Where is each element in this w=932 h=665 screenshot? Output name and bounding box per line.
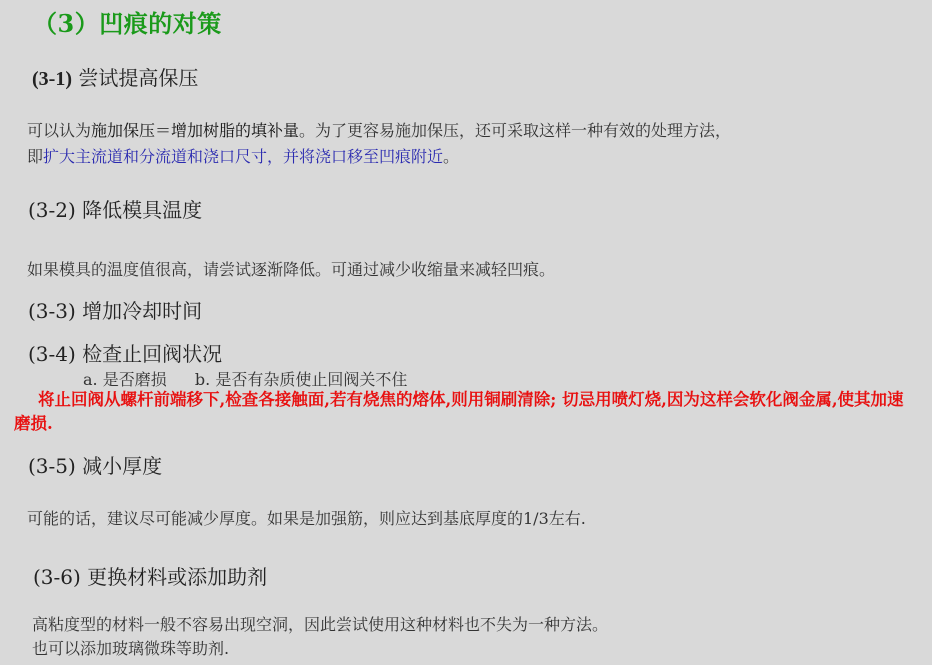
section-number: (3-2) xyxy=(28,198,76,222)
section-title: 更换材料或添加助剂 xyxy=(87,565,267,589)
section-3-1-body-line1: 可以认为施加保压＝增加树脂的填补量。为了更容易施加保压，还可采取这样一种有效的处… xyxy=(27,118,731,141)
section-3-2-heading: (3-2) 降低模具温度 xyxy=(28,194,202,223)
blue-emphasis-text: 扩大主流道和分流道和浇口尺寸，并将浇口移至凹痕附近 xyxy=(43,147,443,166)
section-3-4-warning: 将止回阀从螺杆前端移下,检查各接触面,若有烧焦的熔体,则用铜刷清除; 切忌用喷灯… xyxy=(14,388,914,436)
section-number: (3-1) xyxy=(32,68,72,90)
section-number: (3-6) xyxy=(33,565,81,589)
subitem-b: b. 是否有杂质使止回阀关不住 xyxy=(195,370,407,389)
section-title: 增加冷却时间 xyxy=(82,299,202,323)
section-3-4-subitems: a. 是否磨损 b. 是否有杂质使止回阀关不住 xyxy=(83,367,407,390)
emphasis-text: 施加保压＝增加树脂的填补量 xyxy=(91,121,299,140)
section-3-2-body: 如果模具的温度值很高，请尝试逐渐降低。可通过减少收缩量来减轻凹痕。 xyxy=(27,257,555,280)
section-3-5-heading: (3-5) 减小厚度 xyxy=(28,450,162,479)
section-3-1-body-line2: 即扩大主流道和分流道和浇口尺寸，并将浇口移至凹痕附近。 xyxy=(27,144,459,167)
section-title: 减小厚度 xyxy=(82,454,162,478)
section-title: 尝试提高保压 xyxy=(78,66,198,90)
section-3-4-heading: (3-4) 检查止回阀状况 xyxy=(28,338,222,367)
subitem-a: a. 是否磨损 xyxy=(83,370,167,389)
section-title: 降低模具温度 xyxy=(82,198,202,222)
section-3-6-body-line1: 高粘度型的材料一般不容易出现空洞，因此尝试使用这种材料也不失为一种方法。 xyxy=(32,612,608,635)
section-3-3-heading: (3-3) 增加冷却时间 xyxy=(28,295,202,324)
text: 即 xyxy=(27,147,43,166)
section-number: (3-3) xyxy=(28,299,76,323)
text: 。为了更容易施加保压，还可采取这样一种有效的处理方法， xyxy=(299,121,731,140)
text: 可以认为 xyxy=(27,121,91,140)
section-3-6-body-line2: 也可以添加玻璃微珠等助剂. xyxy=(32,636,229,659)
section-number: (3-5) xyxy=(28,454,76,478)
text: 。 xyxy=(443,147,459,166)
section-3-1-heading: (3-1) 尝试提高保压 xyxy=(32,62,198,91)
section-title: 检查止回阀状况 xyxy=(82,342,222,366)
page-title: （3）凹痕的对策 xyxy=(33,4,222,39)
section-3-5-body: 可能的话，建议尽可能减少厚度。如果是加强筋，则应达到基底厚度的1/3左右. xyxy=(27,506,586,529)
section-number: (3-4) xyxy=(28,342,76,366)
section-3-6-heading: (3-6) 更换材料或添加助剂 xyxy=(33,561,267,590)
